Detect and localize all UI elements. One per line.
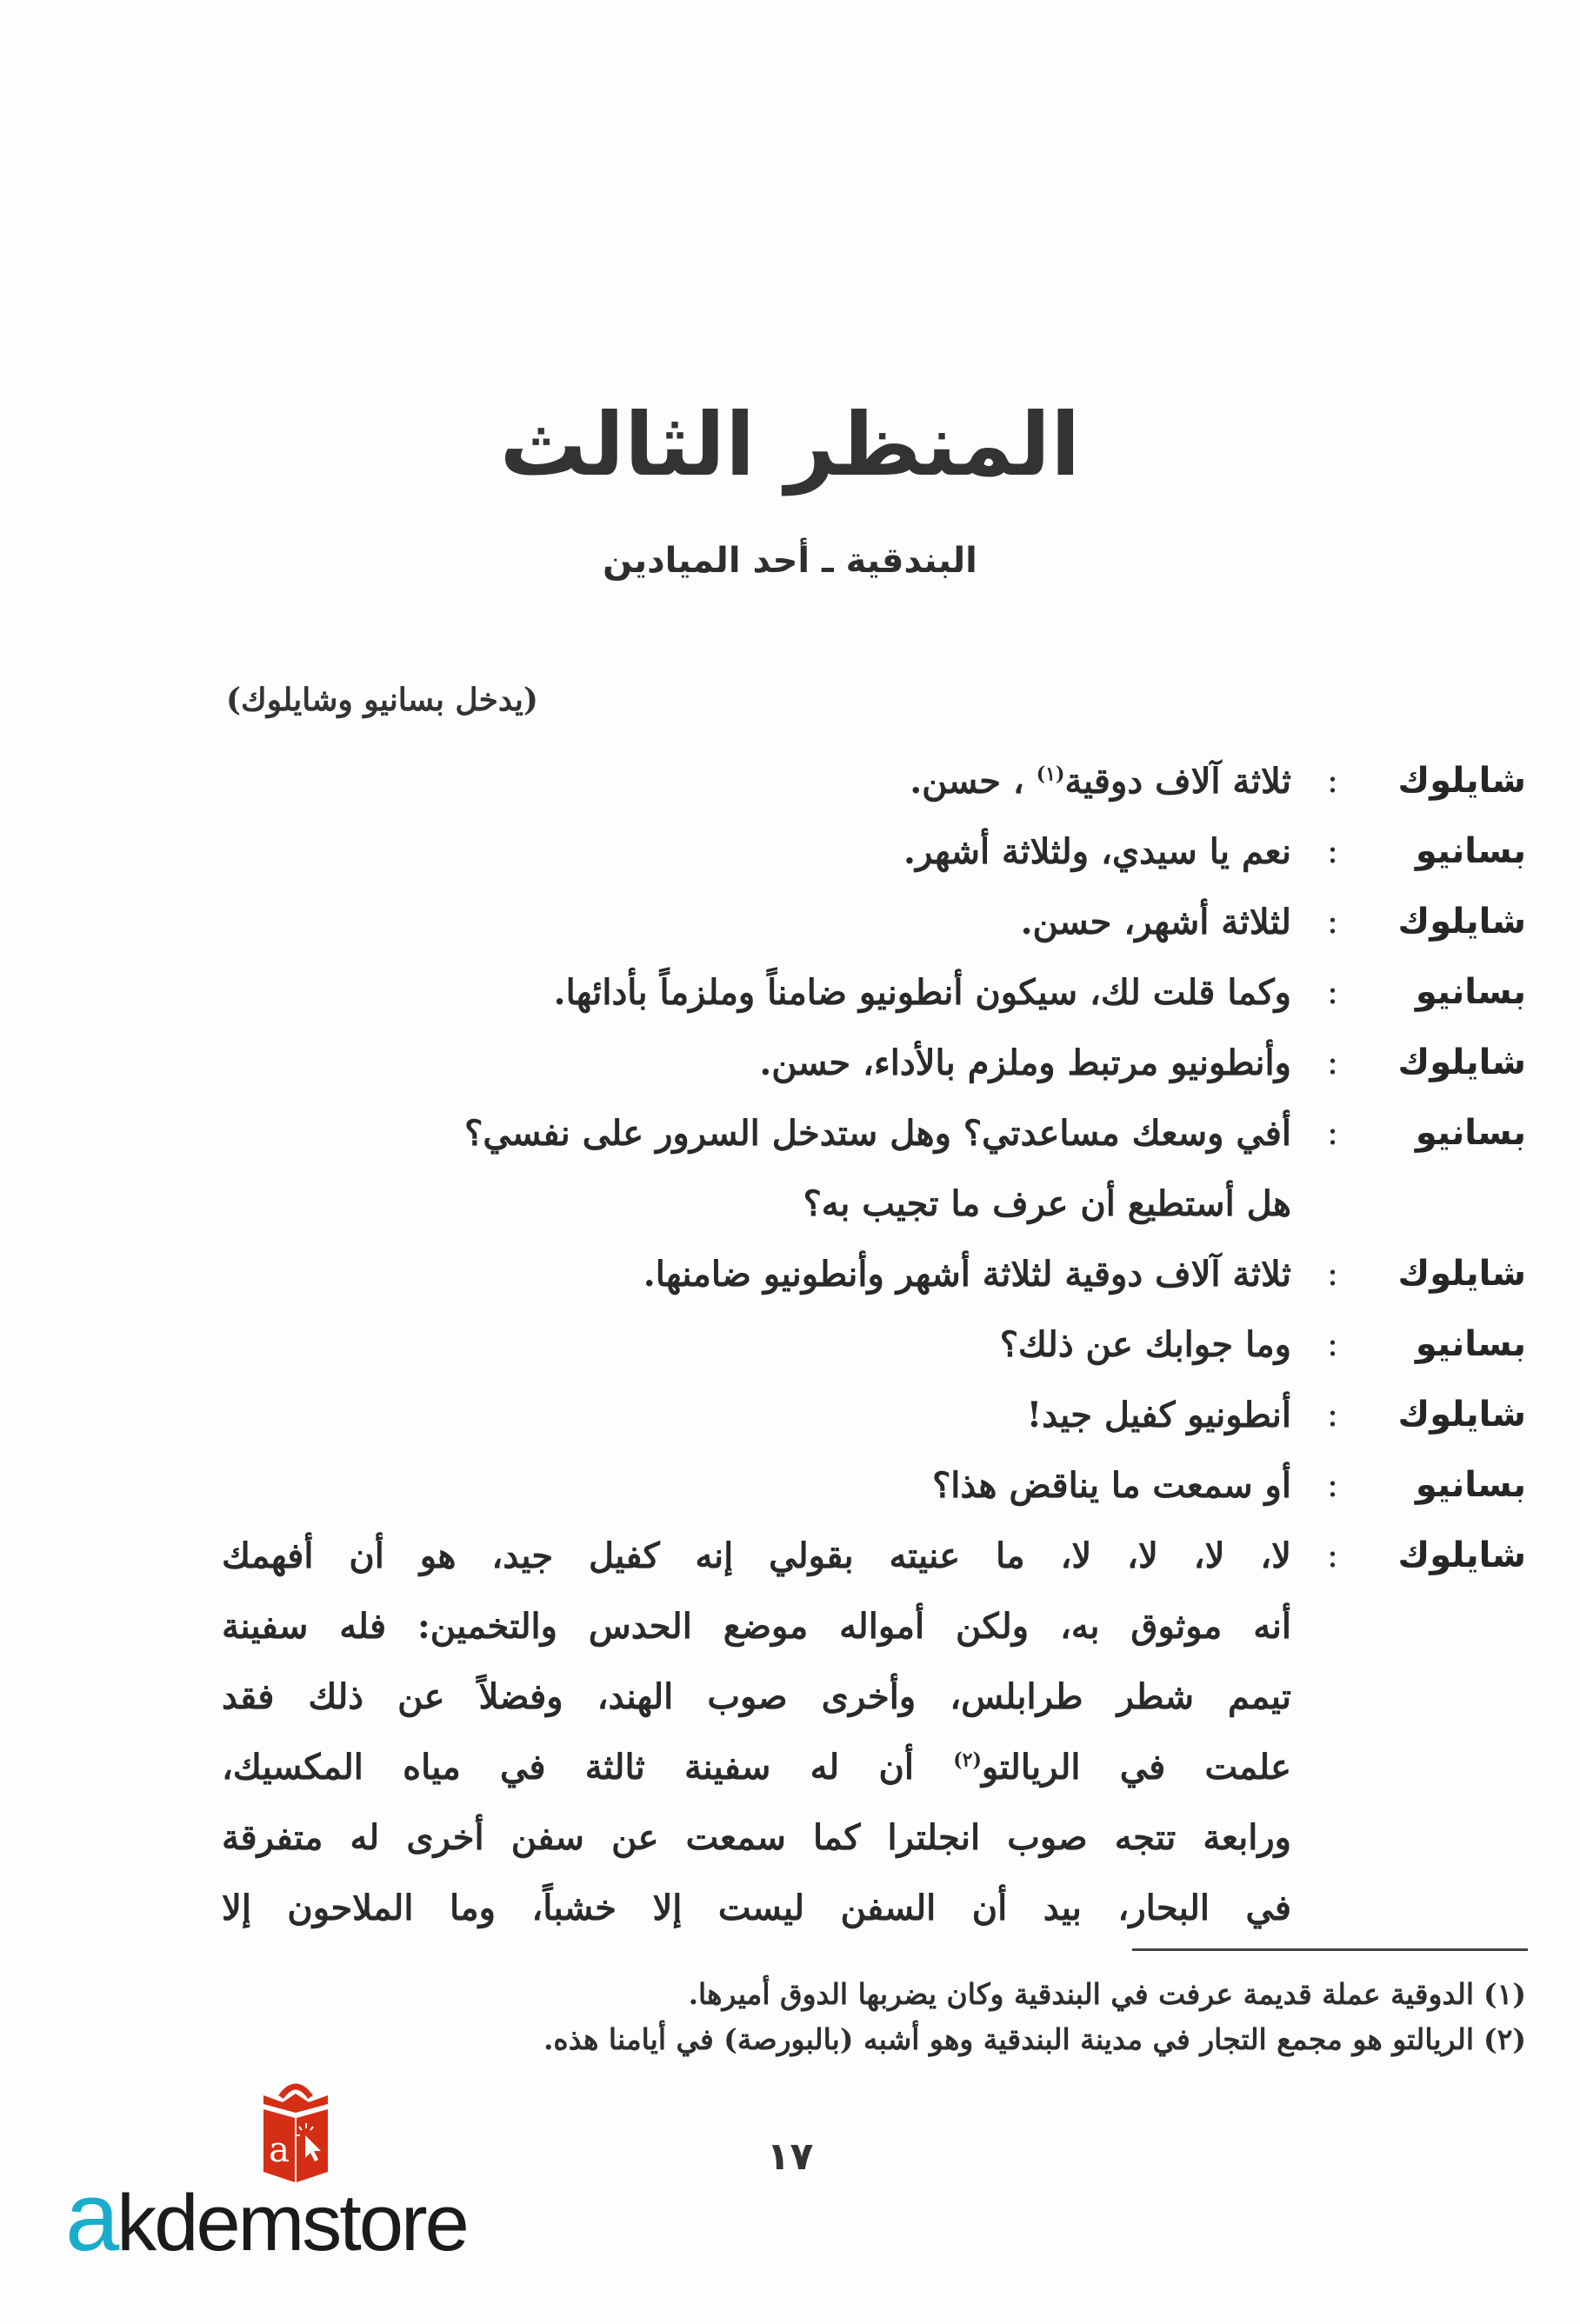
dialogue-continuation: تيمم شطر طرابلس، وأخرى صوب الهند، وفضلاً… bbox=[222, 1661, 1526, 1732]
dialogue-continuation: في البحار، بيد أن السفن ليست إلا خشباً، … bbox=[222, 1873, 1526, 1943]
colon: : bbox=[1291, 1028, 1374, 1098]
dialogue: شايلوك : ثلاثة آلاف دوقية(١) ، حسن. بسان… bbox=[222, 746, 1526, 1943]
dialogue-continuation: أنه موثوق به، ولكن أمواله موضع الحدس وال… bbox=[222, 1591, 1526, 1661]
speech-text: تيمم شطر طرابلس، وأخرى صوب الهند، وفضلاً… bbox=[222, 1661, 1291, 1732]
colon: : bbox=[1291, 1380, 1374, 1450]
dialogue-line: بسانيو : أفي وسعك مساعدتي؟ وهل ستدخل الس… bbox=[222, 1098, 1526, 1169]
speaker-name: شايلوك bbox=[1374, 887, 1526, 957]
speech-text: أنطونيو كفيل جيد! bbox=[222, 1380, 1291, 1450]
scene-title: المنظر الثالث bbox=[0, 389, 1580, 502]
brand-accent-letter: a bbox=[65, 2162, 117, 2271]
footnote-divider bbox=[1132, 1948, 1528, 1951]
book-page: المنظر الثالث البندقية ـ أحد الميادين (ي… bbox=[0, 0, 1580, 2324]
speaker-name: شايلوك bbox=[1374, 746, 1526, 816]
dialogue-line: بسانيو : نعم يا سيدي، ولثلاثة أشهر. bbox=[222, 816, 1526, 887]
speaker-name: بسانيو bbox=[1374, 1450, 1526, 1521]
scene-location: البندقية ـ أحد الميادين bbox=[0, 535, 1580, 587]
speech-text: لثلاثة أشهر، حسن. bbox=[222, 887, 1291, 957]
dialogue-line: شايلوك : ثلاثة آلاف دوقية(١) ، حسن. bbox=[222, 746, 1526, 816]
speaker-name: بسانيو bbox=[1374, 1309, 1526, 1380]
colon: : bbox=[1291, 816, 1374, 887]
speech-text: وكما قلت لك، سيكون أنطونيو ضامناً وملزما… bbox=[222, 957, 1291, 1028]
speaker-name: بسانيو bbox=[1374, 957, 1526, 1028]
speech-text: ثلاثة آلاف دوقية bbox=[1064, 761, 1291, 802]
dialogue-line: بسانيو : وما جوابك عن ذلك؟ bbox=[222, 1309, 1526, 1380]
colon: : bbox=[1291, 1098, 1374, 1169]
speech-text: علمت في الريالتو bbox=[982, 1747, 1291, 1788]
footnote-ref: (١) bbox=[1037, 763, 1065, 786]
speaker-name: شايلوك bbox=[1374, 1380, 1526, 1450]
speech-text: أنه موثوق به، ولكن أمواله موضع الحدس وال… bbox=[222, 1591, 1291, 1661]
footnote-number: (٢) bbox=[1474, 2017, 1526, 2062]
speaker-name: بسانيو bbox=[1374, 1098, 1526, 1169]
dialogue-continuation: هل أستطيع أن عرف ما تجيب به؟ bbox=[222, 1169, 1526, 1239]
colon: : bbox=[1291, 1239, 1374, 1309]
colon: : bbox=[1291, 1450, 1374, 1521]
dialogue-line: شايلوك : لا، لا، لا، لا، ما عنيته بقولي … bbox=[222, 1521, 1526, 1591]
dialogue-line: شايلوك : ثلاثة آلاف دوقية لثلاثة أشهر وأ… bbox=[222, 1239, 1526, 1309]
footnote-1: (١) الدوقية عملة قديمة عرفت في البندقية … bbox=[222, 1972, 1526, 2017]
speech-text: ، حسن. bbox=[910, 761, 1037, 802]
footnotes: (١) الدوقية عملة قديمة عرفت في البندقية … bbox=[222, 1972, 1526, 2062]
dialogue-line: شايلوك : أنطونيو كفيل جيد! bbox=[222, 1380, 1526, 1450]
book-cursor-icon: a bbox=[248, 2078, 343, 2182]
footnote-ref: (٢) bbox=[953, 1749, 982, 1772]
dialogue-line: شايلوك : وأنطونيو مرتبط وملزم بالأداء، ح… bbox=[222, 1028, 1526, 1098]
colon: : bbox=[1291, 746, 1374, 816]
speech-text: نعم يا سيدي، ولثلاثة أشهر. bbox=[222, 816, 1291, 887]
dialogue-line: بسانيو : وكما قلت لك، سيكون أنطونيو ضامن… bbox=[222, 957, 1526, 1028]
footnote-text: الدوقية عملة قديمة عرفت في البندقية وكان… bbox=[689, 1972, 1474, 2017]
colon: : bbox=[1291, 887, 1374, 957]
footnote-text: الريالتو هو مجمع التجار في مدينة البندقي… bbox=[543, 2017, 1474, 2062]
colon: : bbox=[1291, 1521, 1374, 1591]
akdemstore-watermark-logo: a akdemstore bbox=[61, 2078, 530, 2261]
speech-text: ورابعة تتجه صوب انجلترا كما سمعت عن سفن … bbox=[222, 1802, 1291, 1873]
speech-text: أفي وسعك مساعدتي؟ وهل ستدخل السرور على ن… bbox=[222, 1098, 1291, 1169]
footnote-2: (٢) الريالتو هو مجمع التجار في مدينة الب… bbox=[222, 2017, 1526, 2062]
speech-text: هل أستطيع أن عرف ما تجيب به؟ bbox=[222, 1169, 1291, 1239]
speech-text: وما جوابك عن ذلك؟ bbox=[222, 1309, 1291, 1380]
speech-text: لا، لا، لا، لا، ما عنيته بقولي إنه كفيل … bbox=[222, 1521, 1291, 1591]
speaker-name: شايلوك bbox=[1374, 1028, 1526, 1098]
svg-text:a: a bbox=[269, 2130, 290, 2170]
speaker-name: شايلوك bbox=[1374, 1239, 1526, 1309]
brand-name: kdemstore bbox=[117, 2179, 467, 2267]
speech-text: ثلاثة آلاف دوقية لثلاثة أشهر وأنطونيو ضا… bbox=[222, 1239, 1291, 1309]
speech: ثلاثة آلاف دوقية(١) ، حسن. bbox=[222, 746, 1291, 816]
footnote-number: (١) bbox=[1474, 1972, 1526, 2017]
dialogue-continuation: علمت في الريالتو(٢) أن له سفينة ثالثة في… bbox=[222, 1732, 1526, 1802]
colon: : bbox=[1291, 957, 1374, 1028]
dialogue-line: بسانيو : أو سمعت ما يناقض هذا؟ bbox=[222, 1450, 1526, 1521]
brand-wordmark: akdemstore bbox=[65, 2174, 467, 2267]
speech: علمت في الريالتو(٢) أن له سفينة ثالثة في… bbox=[222, 1732, 1291, 1802]
speech-text: في البحار، بيد أن السفن ليست إلا خشباً، … bbox=[222, 1873, 1291, 1943]
speech-text: أن له سفينة ثالثة في مياه المكسيك، bbox=[222, 1747, 914, 1788]
speech-text: أو سمعت ما يناقض هذا؟ bbox=[222, 1450, 1291, 1521]
stage-direction: (يدخل بسانيو وشايلوك) bbox=[226, 674, 748, 726]
speaker-name: بسانيو bbox=[1374, 816, 1526, 887]
dialogue-continuation: ورابعة تتجه صوب انجلترا كما سمعت عن سفن … bbox=[222, 1802, 1526, 1873]
dialogue-line: شايلوك : لثلاثة أشهر، حسن. bbox=[222, 887, 1526, 957]
speech-text: وأنطونيو مرتبط وملزم بالأداء، حسن. bbox=[222, 1028, 1291, 1098]
colon: : bbox=[1291, 1309, 1374, 1380]
speaker-name: شايلوك bbox=[1374, 1521, 1526, 1591]
